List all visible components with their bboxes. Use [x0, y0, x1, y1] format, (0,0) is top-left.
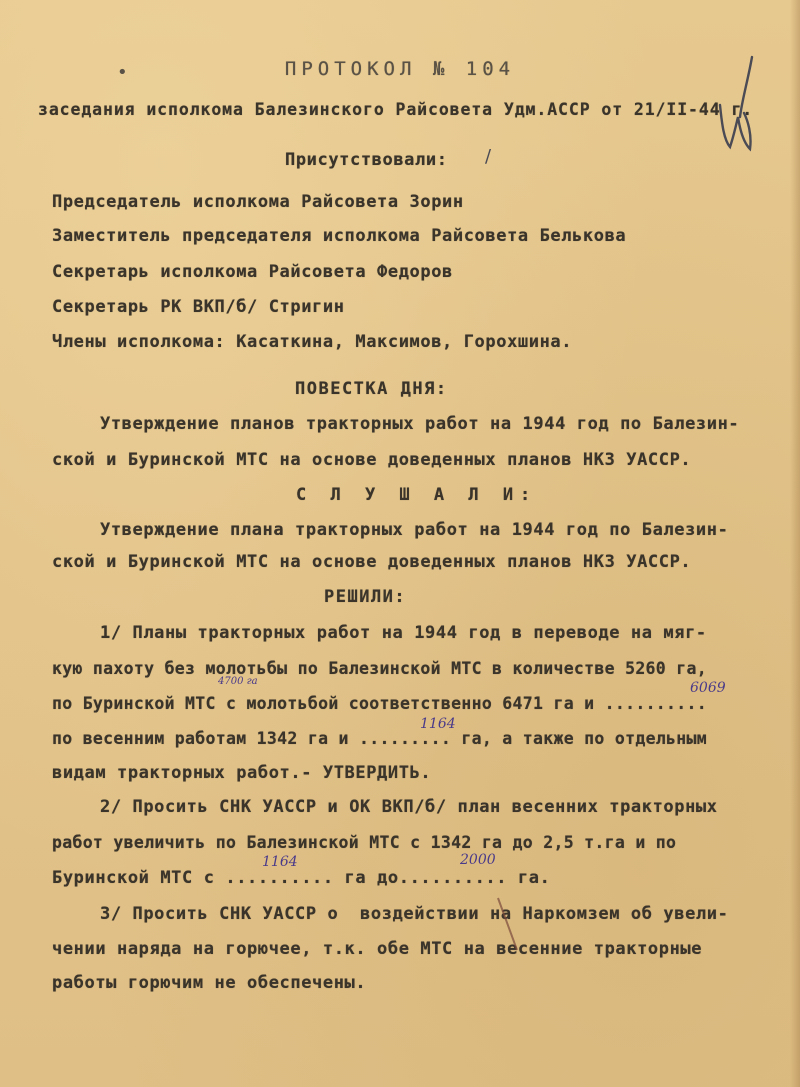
decision-1-line: по Буринской МТС с молотьбой соответстве…: [52, 694, 707, 713]
present-member: Секретарь РК ВКП/б/ Стригин: [52, 297, 345, 317]
heard-line: Утверждение плана тракторных работ на 19…: [100, 520, 728, 540]
decision-1-line: кую пахоту без молотьбы по Балезинской М…: [52, 659, 707, 678]
decided-heading: РЕШИЛИ:: [324, 587, 406, 607]
agenda-heading: ПОВЕСТКА ДНЯ:: [295, 379, 448, 399]
decision-1-line: видам тракторных работ.- УТВЕРДИТЬ.: [52, 763, 431, 783]
pencil-stroke: [495, 895, 525, 955]
heard-heading: С Л У Ш А Л И:: [296, 485, 537, 505]
agenda-line: Утверждение планов тракторных работ на 1…: [100, 414, 739, 434]
heard-line: ской и Буринской МТС на основе доведенны…: [52, 552, 691, 572]
agenda-line: ской и Буринской МТС на основе доведенны…: [52, 450, 691, 470]
decision-2-line: работ увеличить по Балезинской МТС с 134…: [52, 833, 676, 852]
decision-1-line: 1/ Планы тракторных работ на 1944 год в …: [100, 623, 707, 643]
handwritten-value: 6069: [690, 680, 726, 696]
document-title: ПРОТОКОЛ № 104: [0, 58, 800, 80]
decision-3-line: чении наряда на горючее, т.к. обе МТС на…: [52, 939, 702, 959]
decision-3-line: работы горючим не обеспечены.: [52, 973, 366, 993]
signature-mark: [700, 55, 770, 155]
pencil-tick: /: [485, 146, 491, 167]
decision-3-line: 3/ Просить СНК УАССР о воздействии на На…: [100, 904, 728, 924]
decision-2-line: 2/ Просить СНК УАССР и ОК ВКП/б/ план ве…: [100, 797, 718, 817]
document-subtitle: заседания исполкома Балезинского Райсове…: [38, 100, 753, 119]
present-member: Заместитель председателя исполкома Райсо…: [52, 226, 626, 246]
present-member: Секретарь исполкома Райсовета Федоров: [52, 262, 453, 282]
handwritten-value: 1164: [420, 716, 456, 732]
present-member: Председатель исполкома Райсовета Зорин: [52, 192, 464, 212]
handwritten-value: 2000: [460, 852, 496, 868]
present-member: Члены исполкома: Касаткина, Максимов, Го…: [52, 332, 572, 352]
handwritten-insert: 4700 га: [218, 676, 258, 687]
present-heading: Присутствовали:: [285, 150, 448, 170]
handwritten-value: 1164: [262, 854, 298, 870]
decision-1-line: по весенним работам 1342 га и ......... …: [52, 729, 707, 748]
decision-2-line: Буринской МТС с .......... га до........…: [52, 868, 550, 888]
paper-edge-shadow: [790, 0, 800, 1087]
